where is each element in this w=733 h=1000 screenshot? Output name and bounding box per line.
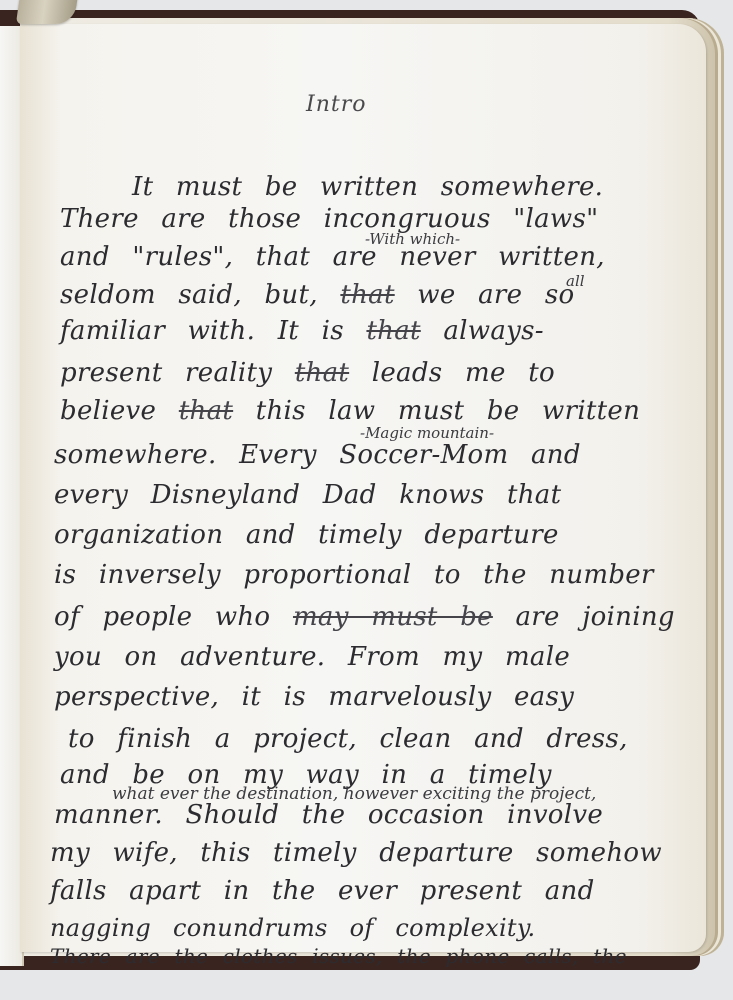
text-line-15: to finish a project, clean and dress,: [68, 724, 628, 754]
text-line-2: There are those incongruous "laws": [60, 204, 598, 234]
text-line-10: organization and timely departure: [54, 520, 559, 550]
text-line-17: manner. Should the occasion involve: [54, 800, 603, 830]
line-4-middle: we are: [417, 280, 522, 310]
line-5-start: familiar with. It is: [60, 316, 344, 346]
line-6-start: present reality: [60, 358, 272, 388]
line-5-end: always-: [443, 316, 544, 346]
text-line-7: believe that this law must be written: [60, 396, 640, 426]
line-12-start: of people who: [54, 602, 270, 632]
line-12-end: are joining: [515, 602, 674, 632]
struck-words: may must be: [293, 602, 493, 632]
text-line-4: seldom said, but, that we are so: [60, 280, 575, 310]
struck-word: that: [179, 396, 233, 426]
page-title: Intro: [306, 92, 366, 117]
text-line-9: every Disneyland Dad knows that: [54, 480, 561, 510]
line-6-end: leads me to: [372, 358, 555, 388]
line-7-start: believe: [60, 396, 156, 426]
notebook-page: Intro It must be written somewhere. Ther…: [20, 24, 706, 952]
struck-word: that: [295, 358, 349, 388]
text-line-1: It must be written somewhere.: [132, 172, 603, 202]
text-line-20: nagging conundrums of complexity.: [50, 914, 535, 942]
line-4-end: so: [545, 280, 575, 310]
line-4-start: seldom said, but,: [60, 280, 318, 310]
text-line-18: my wife, this timely departure somehow: [50, 838, 662, 868]
text-line-8: somewhere. Every Soccer-Mom and: [54, 440, 581, 470]
struck-word: that: [340, 280, 394, 310]
line-7-end: this law must be written: [256, 396, 640, 426]
text-line-6: present reality that leads me to: [60, 358, 555, 388]
text-line-13: you on adventure. From my male: [54, 642, 570, 672]
text-line-12: of people who may must be are joining: [54, 602, 675, 632]
struck-word: that: [366, 316, 420, 346]
text-line-14: perspective, it is marvelously easy: [54, 682, 574, 712]
text-line-5: familiar with. It is that always-: [60, 316, 544, 346]
text-line-21: There are the clothes issues, the phone …: [50, 944, 627, 968]
text-line-19: falls apart in the ever present and: [50, 876, 595, 906]
text-line-3: and "rules", that are never written,: [60, 242, 605, 272]
text-line-11: is inversely proportional to the number: [54, 560, 654, 590]
